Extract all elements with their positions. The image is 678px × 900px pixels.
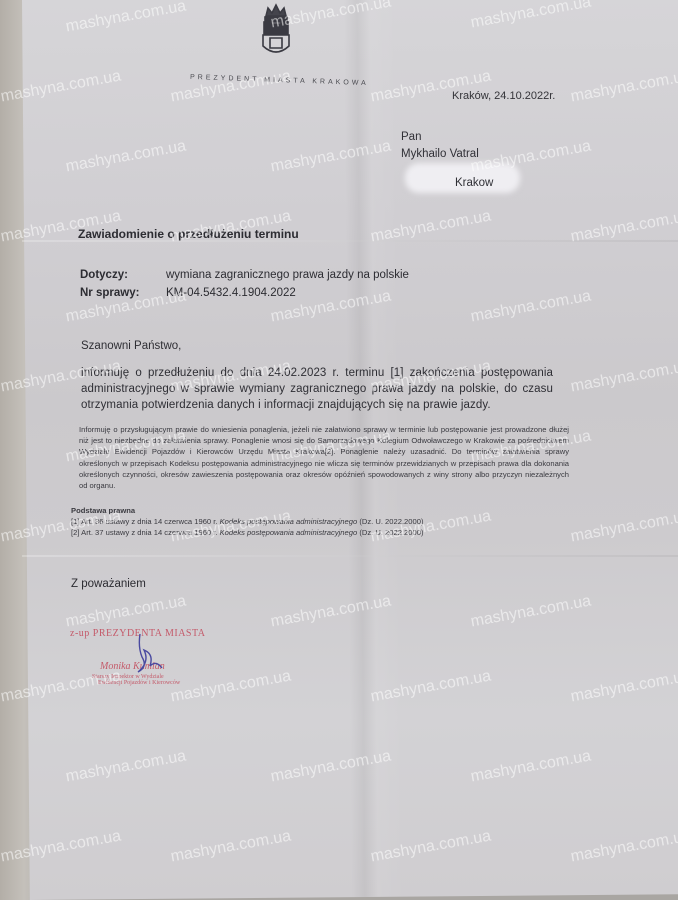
recipient-salutation: Pan xyxy=(401,129,479,146)
legal-act-title: Kodeks postępowania administracyjnego xyxy=(220,528,358,537)
krakow-coat-of-arms-icon xyxy=(258,2,294,58)
paper-fold xyxy=(22,555,678,557)
meta-row-case-number: Nr sprawy: KM-04.5432.4.1904.2022 xyxy=(80,284,409,302)
info-paragraph: Informuję o przysługującym prawie do wni… xyxy=(79,424,569,491)
letter-subject: Zawiadomienie o przedłużeniu terminu xyxy=(78,227,299,241)
legal-basis-title: Podstawa prawna xyxy=(71,505,423,516)
legal-act-title: Kodeks postępowania administracyjnego xyxy=(220,517,358,526)
legal-basis-item: [1] Art. 36 ustawy z dnia 14 czerwca 196… xyxy=(71,516,423,527)
case-meta: Dotyczy: wymiana zagranicznego prawa jaz… xyxy=(80,266,409,302)
meta-value: KM-04.5432.4.1904.2022 xyxy=(166,284,296,302)
meta-row-regarding: Dotyczy: wymiana zagranicznego prawa jaz… xyxy=(80,266,409,284)
legal-basis-item: [2] Art. 37 ustawy z dnia 14 czerwca 196… xyxy=(71,527,423,538)
closing: Z poważaniem xyxy=(71,578,146,590)
greeting: Szanowni Państwo, xyxy=(81,340,181,352)
body-paragraph: informuję o przedłużeniu do dnia 24.02.2… xyxy=(81,365,553,413)
stamp-department: Ewidencji Pojazdów i Kierowców xyxy=(98,680,206,686)
legal-citation: (Dz. U. 2022.2000) xyxy=(357,517,423,526)
recipient-city: Krakow xyxy=(455,177,493,189)
meta-label: Dotyczy: xyxy=(80,266,166,284)
legal-basis: Podstawa prawna [1] Art. 36 ustawy z dni… xyxy=(71,505,423,538)
letter-date: Kraków, 24.10.2022r. xyxy=(452,90,555,102)
recipient-block: Pan Mykhailo Vatral xyxy=(401,129,479,163)
meta-label: Nr sprawy: xyxy=(80,284,166,302)
legal-ref: [2] Art. 37 ustawy z dnia 14 czerwca 196… xyxy=(71,528,220,537)
signature-icon xyxy=(128,632,168,677)
legal-ref: [1] Art. 36 ustawy z dnia 14 czerwca 196… xyxy=(71,517,220,526)
legal-citation: (Dz. U. 2022.2000) xyxy=(357,528,423,537)
recipient-name: Mykhailo Vatral xyxy=(401,146,479,163)
meta-value: wymiana zagranicznego prawa jazdy na pol… xyxy=(166,266,409,284)
